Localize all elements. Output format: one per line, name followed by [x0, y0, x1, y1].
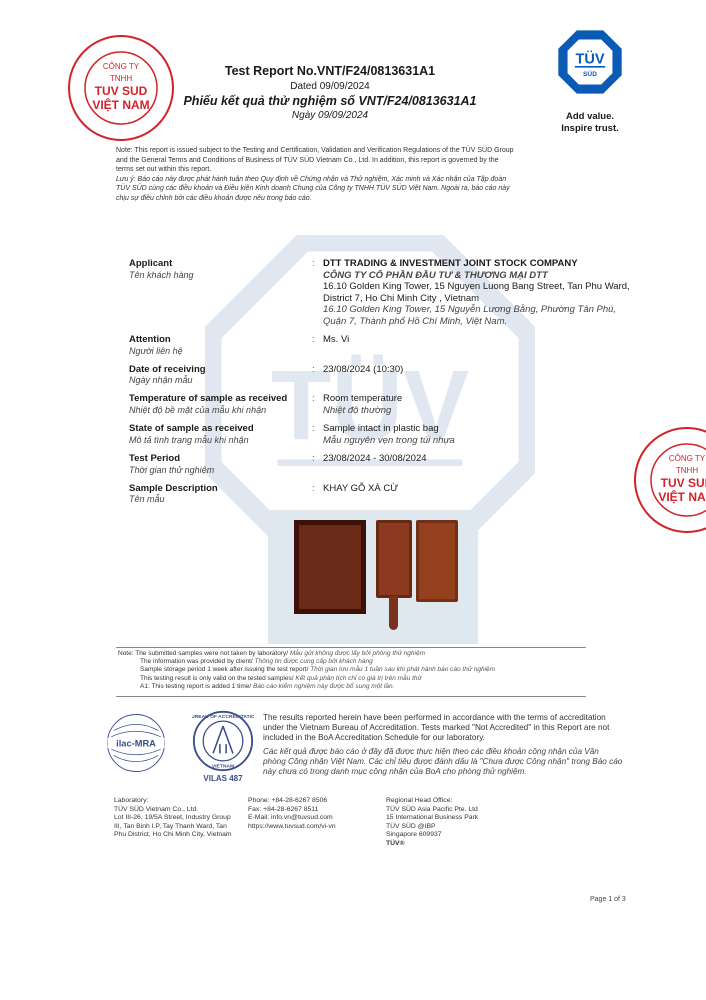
applicant-name-vi: CÔNG TY CỔ PHẦN ĐẦU TƯ & THƯƠNG MẠI DTT — [323, 270, 639, 282]
report-title-vi: Phiếu kết quả thử nghiệm số VNT/F24/0813… — [150, 94, 510, 108]
note-line: A1: This testing report is added 1 time/… — [118, 683, 588, 691]
attention-value: Ms. Vi — [323, 334, 639, 357]
website-link[interactable]: https://www.tuvsud.com/vi-vn — [248, 823, 378, 832]
laboratory-contact: Phone: +84-28-6267 8506 Fax: +84-28-6267… — [248, 797, 378, 831]
applicant-row: ApplicantTên khách hàng : DTT TRADING & … — [129, 258, 639, 327]
report-title: Test Report No.VNT/F24/0813631A1 — [150, 64, 510, 78]
test-period-label-vi: Thời gian thử nghiệm — [129, 465, 312, 476]
boa-accreditation-logo-icon: BUREAU OF ACCREDITATION VIETNAM — [192, 710, 254, 772]
state-value: Sample intact in plastic bag — [323, 423, 639, 435]
applicant-address-vi: 16.10 Golden King Tower, 15 Nguyễn Lương… — [323, 304, 639, 327]
separator: : — [312, 258, 323, 327]
test-period-value: 23/08/2024 - 30/08/2024 — [323, 453, 639, 476]
date-receiving-label: Date of receiving — [129, 364, 312, 376]
separator: : — [312, 364, 323, 387]
date-receiving-label-vi: Ngày nhận mẫu — [129, 375, 312, 386]
attention-label-vi: Người liên hệ — [129, 346, 312, 357]
tray-rectangular — [416, 520, 458, 602]
separator: : — [312, 393, 323, 416]
svg-text:ilac-MRA: ilac-MRA — [116, 739, 156, 749]
note-line: This testing result is only valid on the… — [118, 675, 588, 683]
state-label-vi: Mô tả tình trạng mẫu khi nhận — [129, 435, 312, 446]
temperature-label-vi: Nhiệt độ bề mặt của mẫu khi nhận — [129, 405, 312, 416]
company-stamp-icon: CÔNG TY TNHH TUV SUD VIỆT NAM — [632, 425, 706, 535]
accreditation-text-vi: Các kết quả được báo cáo ở đây đã được t… — [263, 747, 623, 778]
separator: : — [312, 453, 323, 476]
state-label: State of sample as received — [129, 423, 312, 435]
disclaimer-en: Note: This report is issued subject to t… — [116, 146, 516, 175]
phone: Phone: +84-28-6267 8506 — [248, 797, 378, 806]
temperature-value: Room temperature — [323, 393, 639, 405]
accreditation-text-en: The results reported herein have been pe… — [263, 713, 623, 744]
test-period-label: Test Period — [129, 453, 312, 465]
fax: Fax: +84-28-6267 8511 — [248, 806, 378, 815]
svg-text:VIETNAM: VIETNAM — [212, 764, 234, 770]
sample-photo — [268, 510, 478, 644]
sample-info: ApplicantTên khách hàng : DTT TRADING & … — [129, 258, 639, 512]
svg-text:TNHH: TNHH — [110, 74, 132, 83]
svg-text:TUV SUD: TUV SUD — [95, 84, 148, 98]
note-line: Note: The submitted samples were not tak… — [118, 650, 588, 658]
svg-text:TNHH: TNHH — [676, 466, 698, 475]
tray-paddle — [376, 520, 412, 598]
tuv-sud-logo-icon: TÜV SÜD — [557, 29, 623, 95]
report-date-vi: Ngày 09/09/2024 — [150, 110, 510, 121]
logo-tagline: Add value. Inspire trust. — [540, 111, 640, 135]
svg-text:CÔNG TY: CÔNG TY — [103, 62, 140, 71]
sample-description-value: KHAY GỖ XÀ CỪ — [323, 483, 639, 506]
applicant-label-vi: Tên khách hàng — [129, 270, 312, 281]
state-row: State of sample as receivedMô tả tình tr… — [129, 423, 639, 446]
disclaimer: Note: This report is issued subject to t… — [116, 146, 516, 203]
disclaimer-vi: Lưu ý: Báo cáo này được phát hành tuân t… — [116, 175, 516, 204]
test-period-row: Test PeriodThời gian thử nghiệm : 23/08/… — [129, 453, 639, 476]
svg-text:SÜD: SÜD — [583, 69, 597, 78]
vilas-number: VILAS 487 — [188, 774, 258, 783]
accreditation-statement: The results reported herein have been pe… — [263, 713, 623, 777]
sample-description-label-vi: Tên mẫu — [129, 494, 312, 505]
tagline-line-2: Inspire trust. — [540, 123, 640, 135]
applicant-address: 16.10 Golden King Tower, 15 Nguyen Luong… — [323, 281, 639, 304]
applicant-label: Applicant — [129, 258, 312, 270]
svg-text:VIỆT NAM: VIỆT NAM — [92, 97, 149, 112]
ilac-mra-logo-icon: ilac-MRA — [105, 712, 167, 774]
regional-head-office: Regional Head Office:TÜV SÜD Asia Pacifi… — [386, 797, 536, 849]
tagline-line-1: Add value. — [540, 111, 640, 123]
svg-text:CÔNG TY: CÔNG TY — [669, 454, 706, 463]
page-number: Page 1 of 3 — [590, 896, 626, 903]
divider — [116, 647, 586, 648]
tray-paddle-handle — [389, 596, 398, 630]
svg-text:TUV SUD: TUV SUD — [661, 476, 706, 490]
date-receiving-row: Date of receivingNgày nhận mẫu : 23/08/2… — [129, 364, 639, 387]
laboratory-address: Laboratory:TÜV SÜD Vietnam Co., Ltd.Lot … — [114, 797, 264, 840]
separator: : — [312, 423, 323, 446]
svg-text:VIỆT NAM: VIỆT NAM — [658, 489, 706, 504]
separator: : — [312, 483, 323, 506]
separator: : — [312, 334, 323, 357]
state-value-vi: Mẫu nguyên vẹn trong túi nhựa — [323, 435, 639, 447]
svg-text:TÜV: TÜV — [575, 50, 604, 67]
temperature-value-vi: Nhiệt độ thường — [323, 405, 639, 417]
tray-large — [294, 520, 366, 614]
attention-label: Attention — [129, 334, 312, 346]
divider — [116, 696, 586, 697]
notes: Note: The submitted samples were not tak… — [118, 650, 588, 691]
attention-row: AttentionNgười liên hệ : Ms. Vi — [129, 334, 639, 357]
sample-description-row: Sample DescriptionTên mẫu : KHAY GỖ XÀ C… — [129, 483, 639, 506]
date-receiving-value: 23/08/2024 (10:30) — [323, 364, 639, 387]
applicant-name: DTT TRADING & INVESTMENT JOINT STOCK COM… — [323, 258, 639, 270]
svg-text:BUREAU OF ACCREDITATION: BUREAU OF ACCREDITATION — [192, 714, 254, 720]
temperature-row: Temperature of sample as receivedNhiệt đ… — [129, 393, 639, 416]
report-date: Dated 09/09/2024 — [150, 81, 510, 92]
note-line: Sample storage period 1 week after issui… — [118, 666, 588, 674]
email-link[interactable]: E-Mail: info.vn@tuvsud.com — [248, 814, 378, 823]
sample-description-label: Sample Description — [129, 483, 312, 495]
temperature-label: Temperature of sample as received — [129, 393, 312, 405]
